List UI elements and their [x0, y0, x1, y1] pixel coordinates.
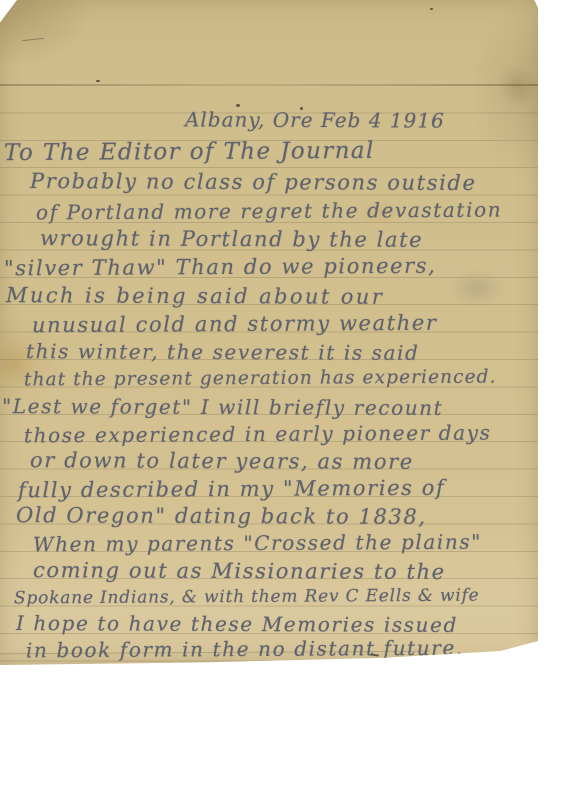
paper-speck: [300, 107, 303, 110]
bottom-crease: [0, 651, 430, 655]
paper-speck: [370, 653, 379, 656]
paper-stain: [438, 262, 516, 314]
handwriting-line: of Portland more regret the devastation: [36, 198, 502, 225]
handwriting-line: fully described in my "Memories of: [18, 476, 446, 503]
paper-speck: [430, 8, 433, 10]
handwriting-line: Much is being said about our: [6, 283, 384, 309]
handwriting-line: "Lest we forget" I will briefly recount: [2, 394, 443, 420]
handwriting-line: that the present generation has experien…: [24, 367, 497, 391]
paper-stain: [350, 196, 410, 230]
handwriting-line: "silver Thaw" Than do we pioneers,: [4, 254, 437, 281]
paper-stain: [0, 332, 44, 398]
handwriting-line: Probably no class of persons outside: [30, 169, 477, 195]
paper-speck: [236, 104, 240, 107]
letter-paper: Albany, Ore Feb 4 1916 To The Editor of …: [0, 0, 538, 665]
handwriting-line: wrought in Portland by the late: [40, 226, 423, 252]
handwriting-line: Spokane Indians, & with them Rev C Eells…: [14, 586, 480, 609]
scan-background: Albany, Ore Feb 4 1916 To The Editor of …: [0, 0, 582, 800]
handwriting-line: in book form in the no distant future.: [26, 636, 464, 663]
fold-crease: [0, 84, 538, 86]
handwriting-line: or down to later years, as more: [30, 448, 414, 474]
handwriting-line: those experienced in early pioneer days: [24, 421, 492, 448]
handwriting-line: When my parents "Crossed the plains": [33, 530, 482, 557]
paper-stain: [492, 58, 542, 114]
ruled-lines: [0, 86, 538, 664]
handwriting-line: Old Oregon" dating back to 1838,: [16, 503, 427, 529]
dateline: Albany, Ore Feb 4 1916: [185, 107, 445, 132]
handwriting-line: unusual cold and stormy weather: [32, 311, 438, 337]
handwriting-line: this winter, the severest it is said: [26, 339, 420, 365]
salutation: To The Editor of The Journal: [4, 138, 375, 166]
paper-speck: [22, 38, 44, 41]
handwriting-line: I hope to have these Memories issued: [16, 611, 458, 637]
paper-speck: [96, 80, 100, 82]
handwriting-line: coming out as Missionaries to the: [33, 558, 446, 584]
